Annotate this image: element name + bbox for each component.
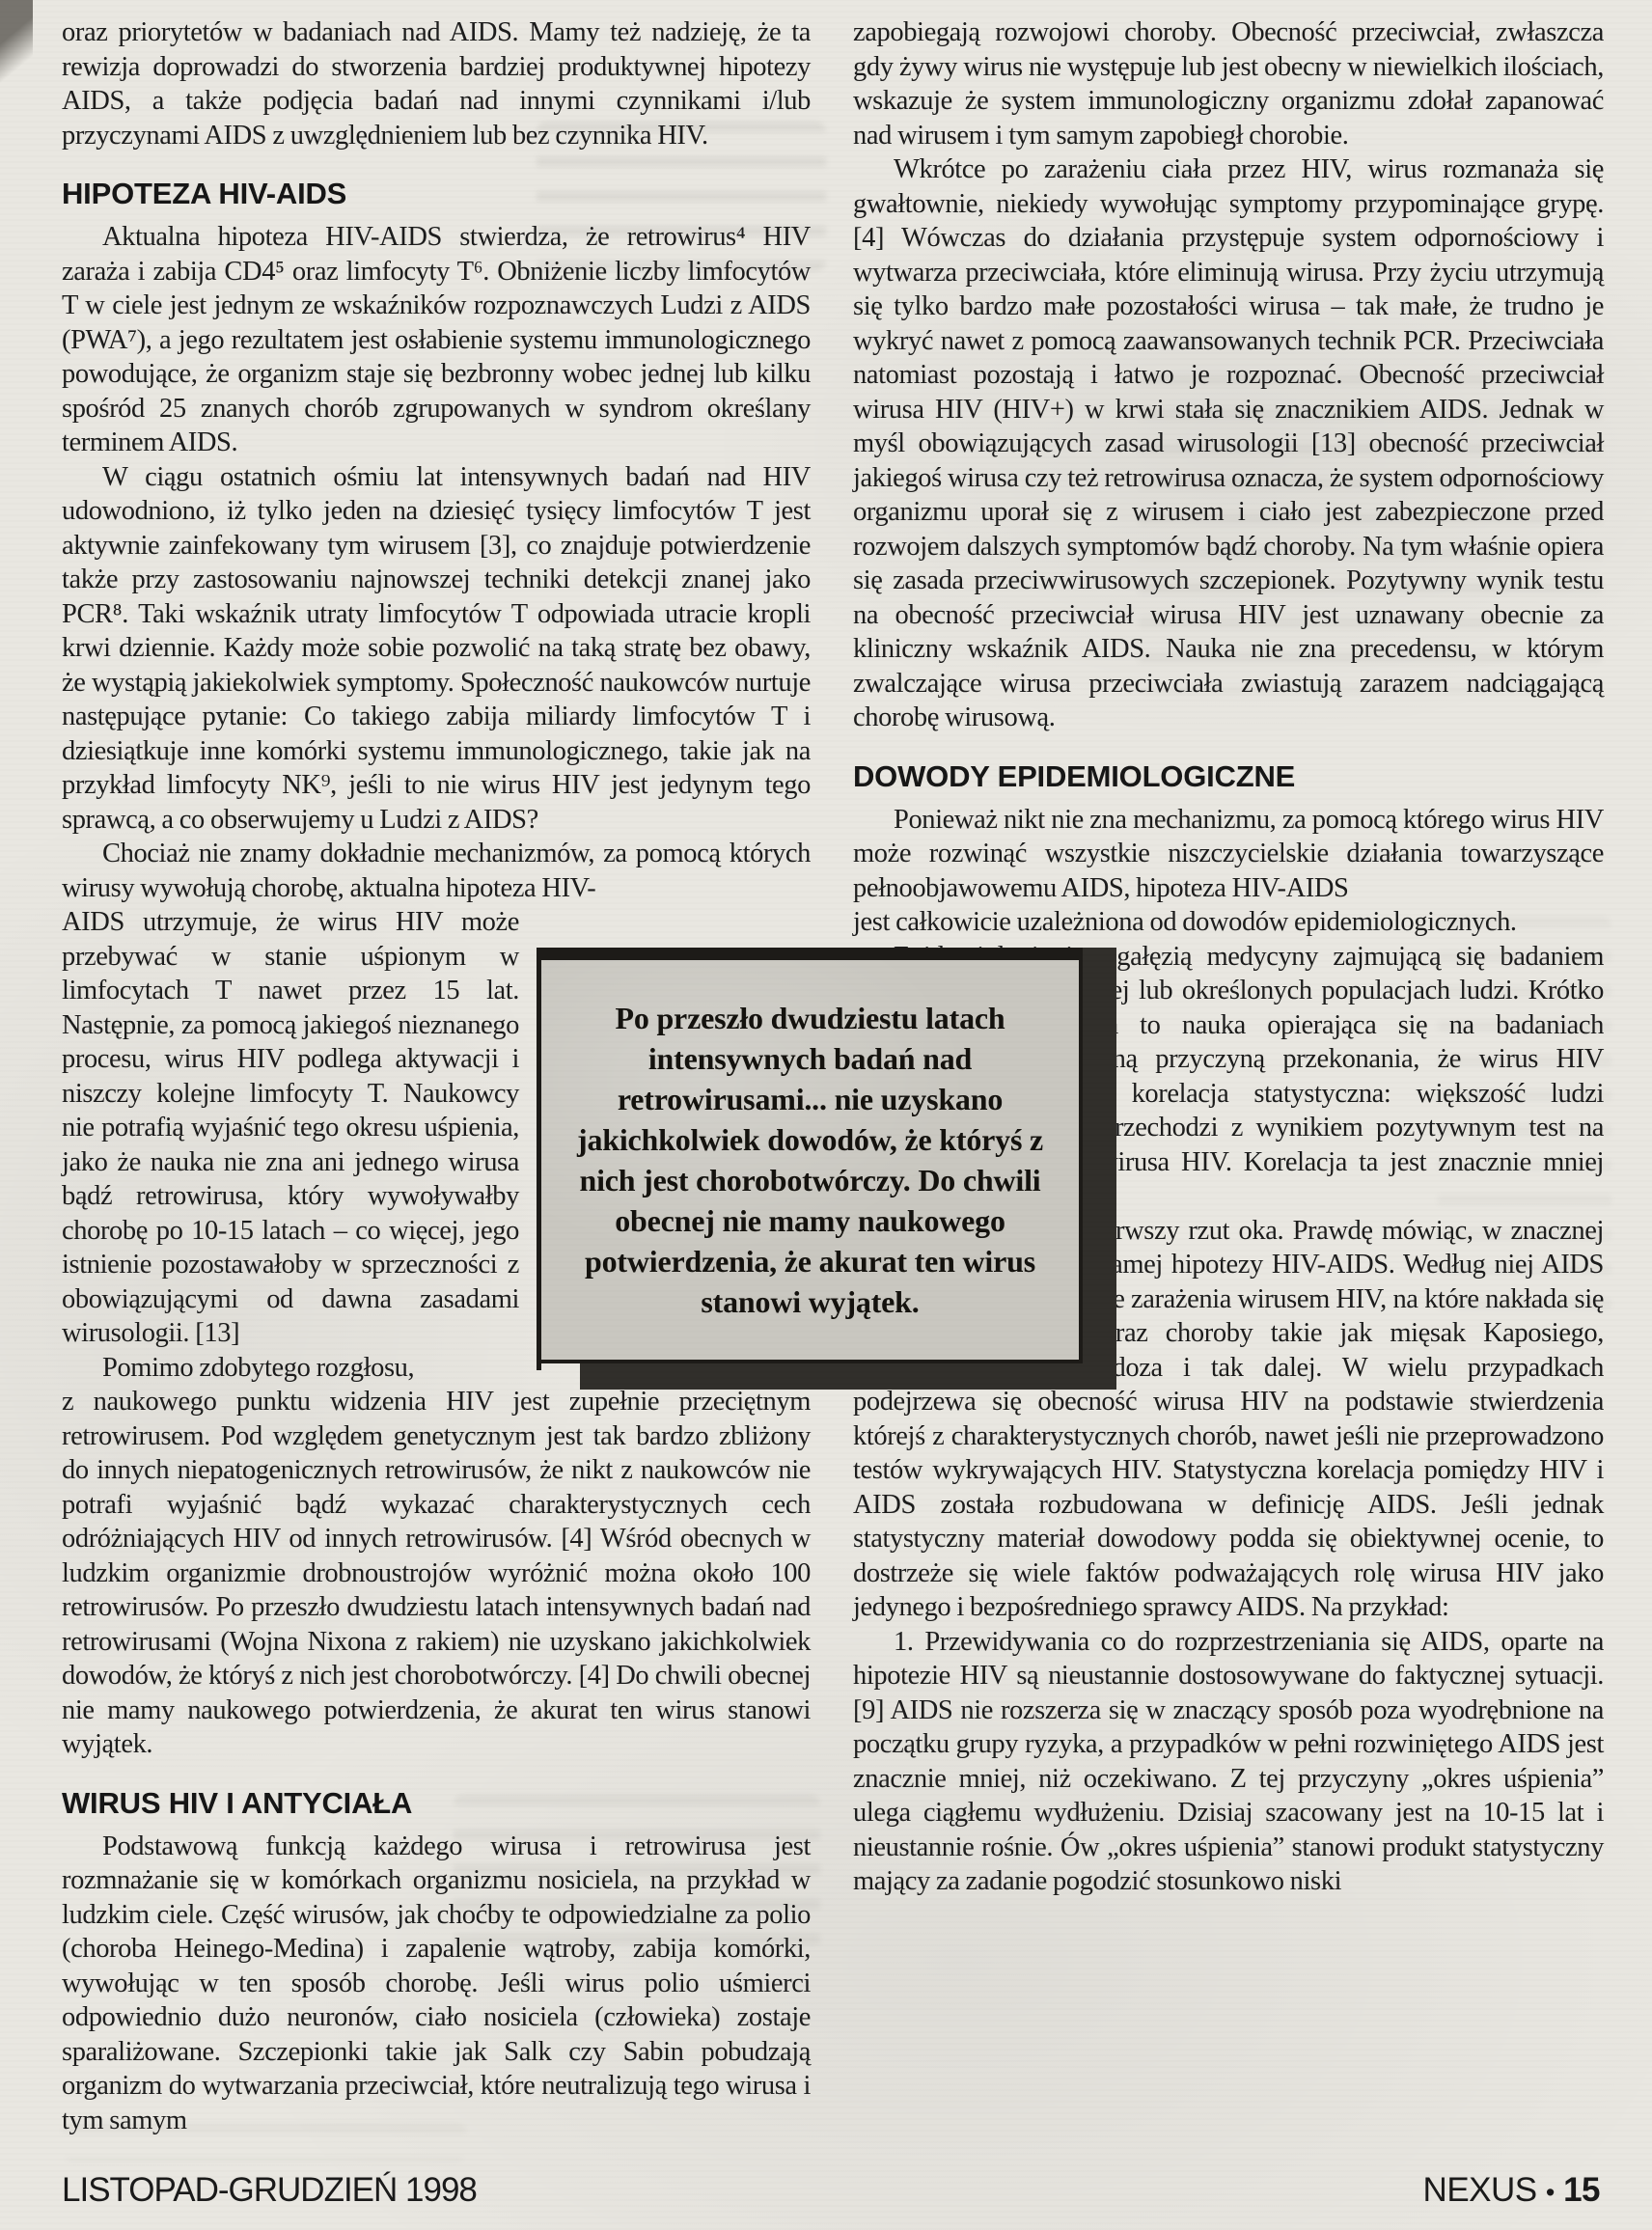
magazine-name: NEXUS: [1423, 2171, 1537, 2209]
section-heading-wirus-hiv-i-antyciala: WIRUS HIV I ANTYCIAŁA: [62, 1787, 811, 1820]
paragraph-narrow-part: jest całkowicie uzależniona od dowodów e…: [853, 905, 1604, 940]
paragraph-continuation: oraz priorytetów w badaniach nad AIDS. M…: [62, 15, 811, 152]
paragraph-wide-part: Ponieważ nikt nie zna mechanizmu, za pom…: [853, 803, 1604, 906]
paragraph: W ciągu ostatnich ośmiu lat intensywnych…: [62, 460, 811, 838]
pullquote-shadow-bottom: [580, 1363, 1116, 1390]
section-heading-dowody-epidemiologiczne: DOWODY EPIDEMIOLOGICZNE: [853, 760, 1604, 793]
numbered-list-item: 1. Przewidywania co do rozprzestrzeniani…: [853, 1625, 1604, 1899]
scan-corner-artifact: [0, 0, 33, 89]
footer-bullet: •: [1546, 2178, 1555, 2207]
paragraph-narrow-part: Pomimo zdobytego rozgłosu,: [62, 1351, 519, 1386]
pullquote-shadow-right: [1083, 948, 1116, 1390]
paragraph-wide-part: Chociaż nie znamy dokładnie mechanizmów,…: [62, 837, 811, 905]
footer-magazine-pagenumber: NEXUS • 15: [1423, 2171, 1600, 2210]
pullquote-box: Po przeszło dwudziestu latach intensywny…: [537, 948, 1116, 1390]
magazine-page-scan: oraz priorytetów w badaniach nad AIDS. M…: [0, 0, 1652, 2230]
pullquote-frame-top: [537, 948, 1116, 960]
section-heading-hipoteza-hiv-aids: HIPOTEZA HIV-AIDS: [62, 178, 811, 210]
paragraph: Podstawową funkcją każdego wirusa i retr…: [62, 1830, 811, 2138]
paragraph-wide-part: z naukowego punktu widzenia HIV jest zup…: [62, 1385, 811, 1762]
page-number: 15: [1563, 2171, 1600, 2209]
paragraph-narrow-part: AIDS utrzymuje, że wirus HIV może przeby…: [62, 905, 519, 1351]
pullquote-text: Po przeszło dwudziestu latach intensywny…: [559, 998, 1061, 1322]
page-footer: LISTOPAD-GRUDZIEŃ 1998 NEXUS • 15: [62, 2171, 1600, 2210]
paragraph: Aktualna hipoteza HIV-AIDS stwierdza, że…: [62, 220, 811, 460]
pullquote-panel: Po przeszło dwudziestu latach intensywny…: [541, 960, 1083, 1363]
footer-issue-date: LISTOPAD-GRUDZIEŃ 1998: [62, 2171, 477, 2210]
paragraph-continuation: zapobiegają rozwojowi choroby. Obecność …: [853, 15, 1604, 152]
paragraph: Wkrótce po zarażeniu ciała przez HIV, wi…: [853, 152, 1604, 735]
